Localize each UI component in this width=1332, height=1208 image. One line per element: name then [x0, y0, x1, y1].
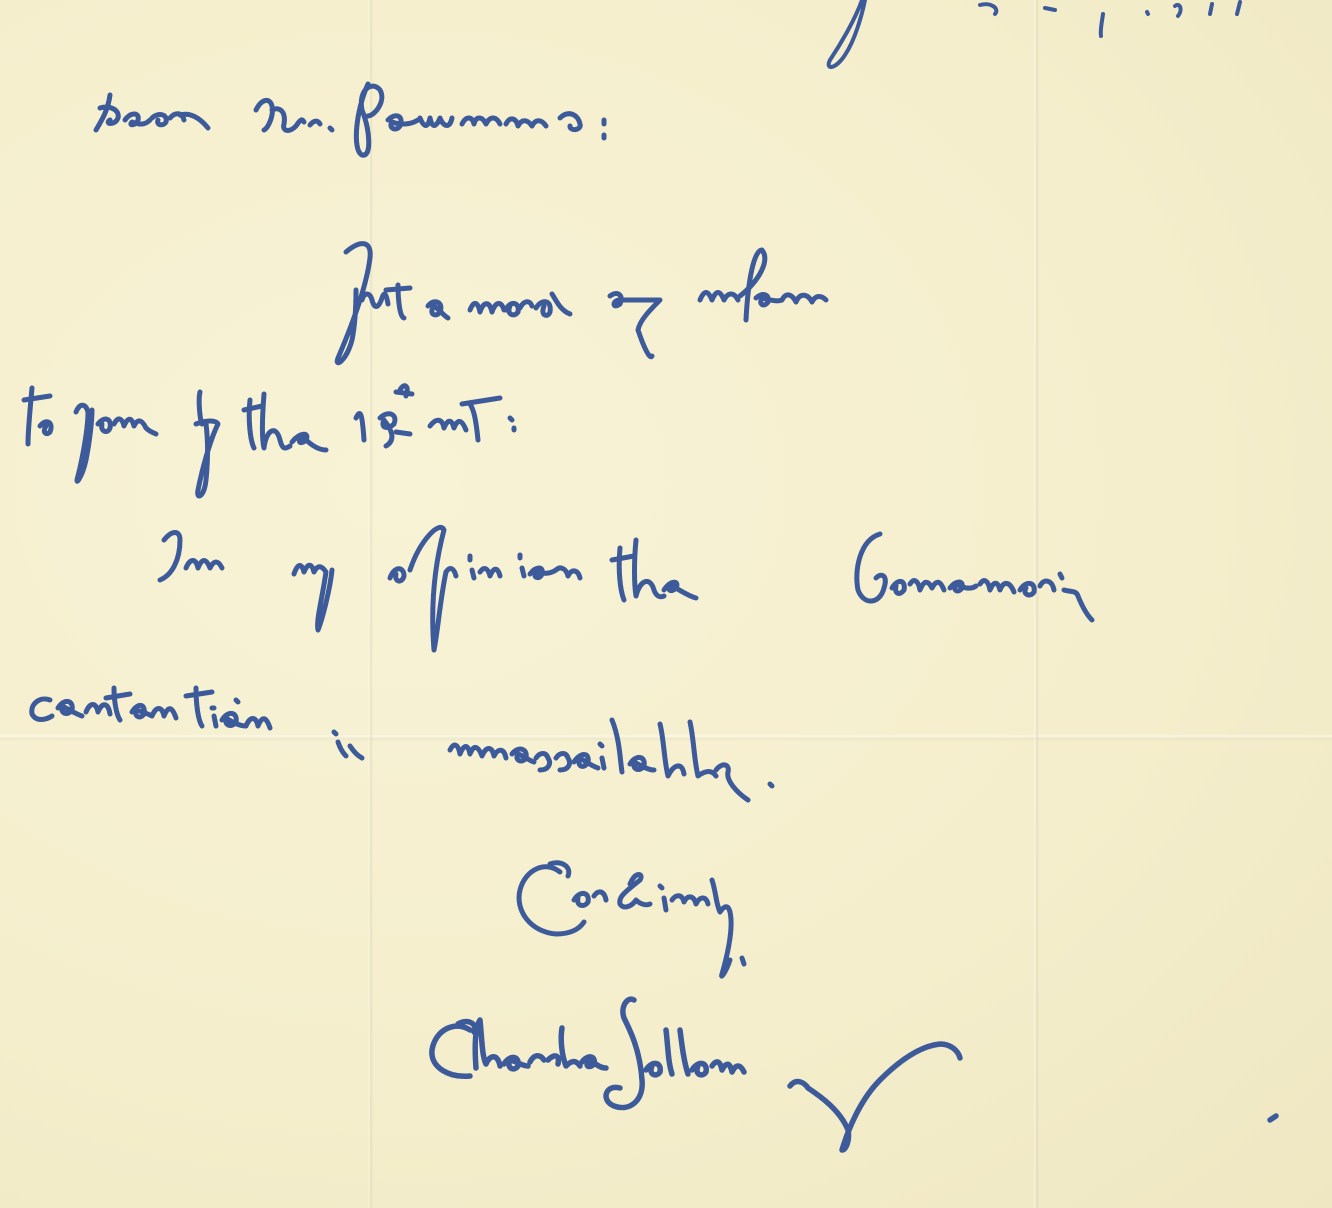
handwriting-ink — [0, 0, 1332, 1208]
